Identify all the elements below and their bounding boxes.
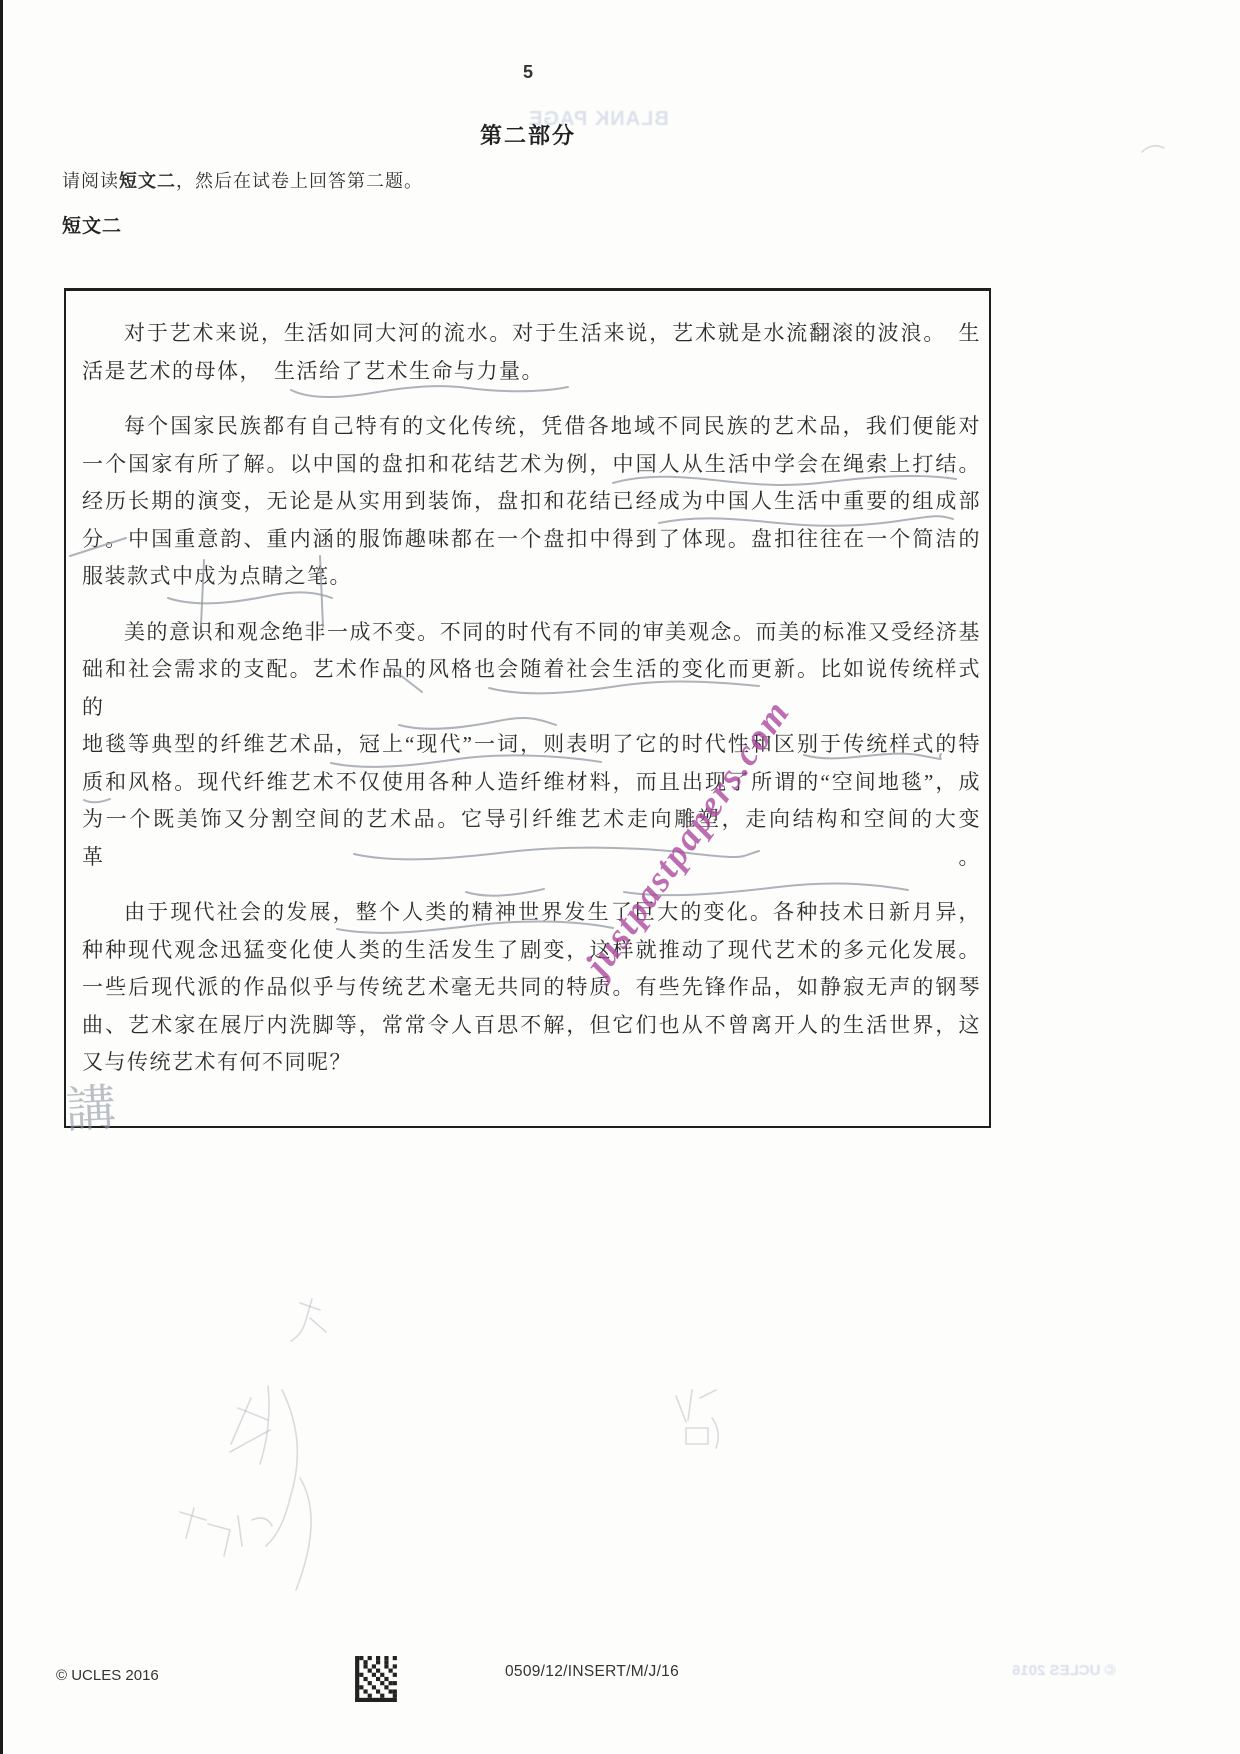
passage-line: 由于现代社会的发展，整个人类的精神世界发生了巨大的变化。各种技术日新月异， xyxy=(82,894,981,932)
passage-line: 为一个既美饰又分割空间的艺术品。它导引纤维艺术走向雕塑，走向结构和空间的大变革。 xyxy=(82,801,981,876)
passage-line: 美的意识和观念绝非一成不变。不同的时代有不同的审美观念。而美的标准又受经济基 xyxy=(82,614,981,652)
instruction-prefix: 请阅读 xyxy=(62,171,119,191)
passage-line: 分。中国重意韵、重内涵的服饰趣味都在一个盘扣中得到了体现。盘扣往往在一个简洁的 xyxy=(82,521,981,559)
scanned-exam-page: BLANK PAGE 5 第二部分 请阅读短文二，然后在试卷上回答第二题。 短文… xyxy=(0,0,1240,1754)
passage-line: 曲、艺术家在展厅内洗脚等，常常令人百思不解，但它们也从不曾离开人的生活世界，这 xyxy=(82,1007,981,1045)
passage-line: 质和风格。现代纤维艺术不仅使用各种人造纤维材料，而且出现了所谓的“空间地毯”，成 xyxy=(82,764,981,802)
passage-line: 一个国家有所了解。以中国的盘扣和花结艺术为例，中国人从生活中学会在绳索上打结。 xyxy=(82,446,981,484)
passage-line: 一些后现代派的作品似乎与传统艺术毫无共同的特质。有些先锋作品，如静寂无声的钢琴 xyxy=(82,969,981,1007)
datamatrix-barcode-icon xyxy=(355,1656,397,1702)
instruction-line: 请阅读短文二，然后在试卷上回答第二题。 xyxy=(62,167,423,193)
footer-copyright: © UCLES 2016 xyxy=(56,1667,159,1684)
passage-paragraph: 美的意识和观念绝非一成不变。不同的时代有不同的审美观念。而美的标准又受经济基 础… xyxy=(82,614,981,877)
passage-paragraph: 对于艺术来说，生活如同大河的流水。对于生活来说，艺术就是水流翻滚的波浪。 生 活… xyxy=(82,315,981,390)
passage-line: 础和社会需求的支配。艺术作品的风格也会随着社会生活的变化而更新。比如说传统样式的 xyxy=(82,651,981,726)
passage-line: 服装款式中成为点睛之笔。 xyxy=(82,558,981,596)
passage-paragraph: 由于现代社会的发展，整个人类的精神世界发生了巨大的变化。各种技术日新月异， 种种… xyxy=(82,894,981,1082)
scan-edge-shadow xyxy=(0,0,3,1754)
passage-line: 每个国家民族都有自己特有的文化传统，凭借各地域不同民族的艺术品，我们便能对 xyxy=(82,408,981,446)
handwritten-pencil-note: 講 xyxy=(65,1083,118,1136)
instruction-passage-ref: 短文二 xyxy=(119,171,176,191)
passage-line: 地毯等典型的纤维艺术品，冠上“现代”一词，则表明了它的时代性和区别于传统样式的特 xyxy=(82,726,981,764)
section-heading: 第二部分 xyxy=(0,119,1056,150)
passage-line: 活是艺术的母体， 生活给了艺术生命与力量。 xyxy=(82,353,981,391)
passage-label: 短文二 xyxy=(62,211,122,238)
passage-paragraph: 每个国家民族都有自己特有的文化传统，凭借各地域不同民族的艺术品，我们便能对 一个… xyxy=(82,408,981,596)
passage-box: 对于艺术来说，生活如同大河的流水。对于生活来说，艺术就是水流翻滚的波浪。 生 活… xyxy=(64,288,991,1128)
passage-line: 对于艺术来说，生活如同大河的流水。对于生活来说，艺术就是水流翻滚的波浪。 生 xyxy=(82,315,981,353)
passage-line: 经历长期的演变，无论是从实用到装饰，盘扣和花结已经成为中国人生活中重要的组成部 xyxy=(82,483,981,521)
instruction-suffix: ，然后在试卷上回答第二题。 xyxy=(176,171,423,191)
footer-document-code: 0509/12/INSERT/M/J/16 xyxy=(505,1663,679,1681)
passage-line: 又与传统艺术有何不同呢？ xyxy=(82,1044,981,1082)
passage-line: 种种现代观念迅猛变化使人类的生活发生了剧变，这样就推动了现代艺术的多元化发展。 xyxy=(82,932,981,970)
page-number: 5 xyxy=(0,62,1056,83)
showthrough-copyright-text: © UCLES 2016 xyxy=(1012,1662,1116,1679)
